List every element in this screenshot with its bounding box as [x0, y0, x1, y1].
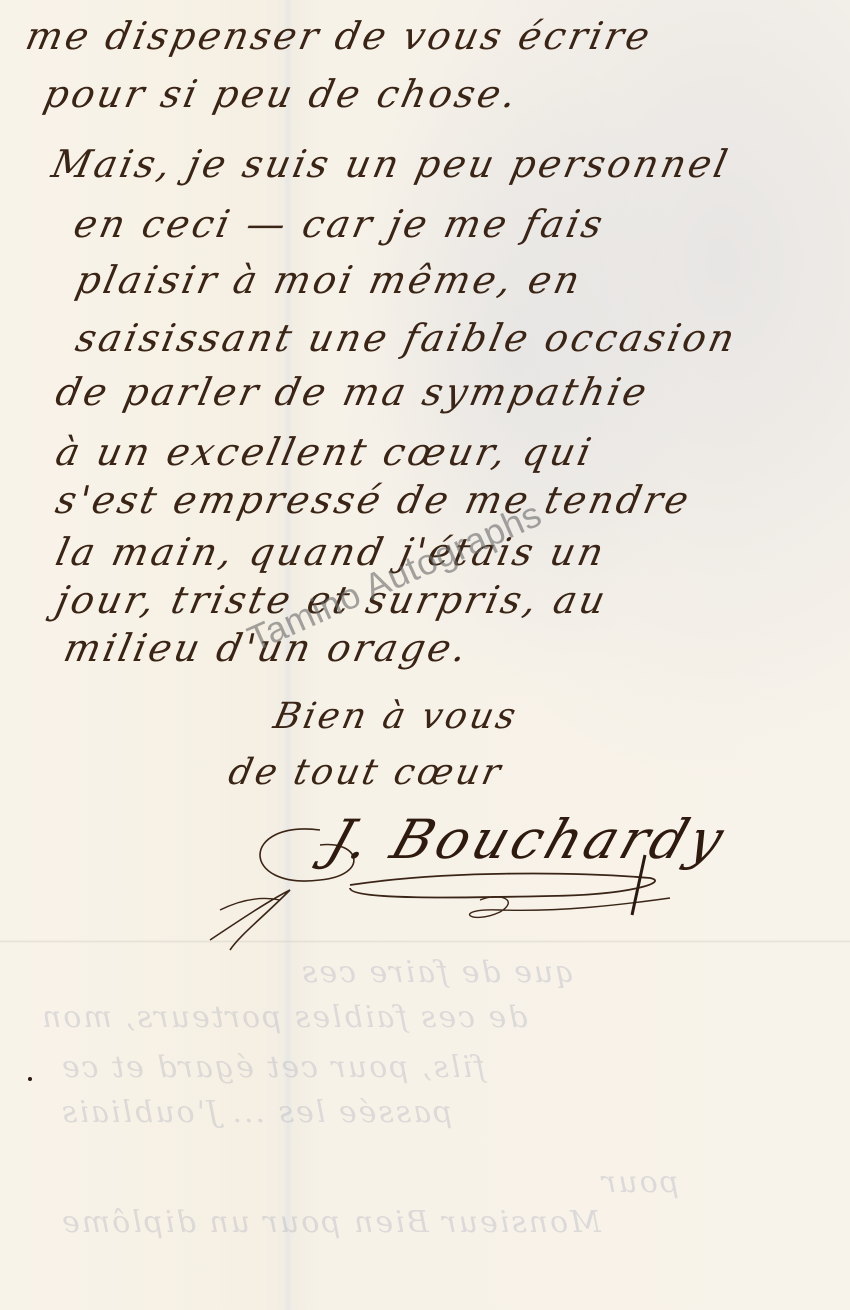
letter-line: saisissant une faible occasion	[72, 316, 741, 360]
letter-page: que de faire ces de ces faibles porteurs…	[0, 0, 850, 1310]
letter-line: me dispenser de vous écrire	[22, 14, 656, 58]
letter-line: de parler de ma sympathie	[52, 370, 653, 414]
bleed-through-text: que de faire ces	[300, 955, 574, 990]
letter-line: Mais, je suis un peu personnel	[48, 142, 734, 186]
bleed-through-text: de ces faibles porteurs, mon	[40, 1000, 527, 1035]
closing-line: Bien à vous	[270, 696, 522, 737]
letter-line: s'est empressé de me tendre	[52, 478, 695, 522]
bleed-through-text: pour	[600, 1165, 679, 1200]
ink-speck	[28, 1077, 32, 1081]
closing-line: de tout cœur	[225, 752, 507, 793]
letter-line: en ceci — car je me fais	[70, 202, 609, 246]
letter-line: pour si peu de chose.	[40, 72, 523, 116]
signature: J. Bouchardy	[320, 808, 735, 871]
letter-line: à un excellent cœur, qui	[52, 430, 598, 474]
bleed-through-text: Monsieur Bien pour un diplôme	[60, 1205, 601, 1240]
letter-line: plaisir à moi même, en	[72, 258, 587, 302]
bleed-through-text: fils, pour cet égard et ce	[60, 1050, 485, 1085]
bleed-through-text: passée les ... J'oubliais	[60, 1095, 452, 1130]
